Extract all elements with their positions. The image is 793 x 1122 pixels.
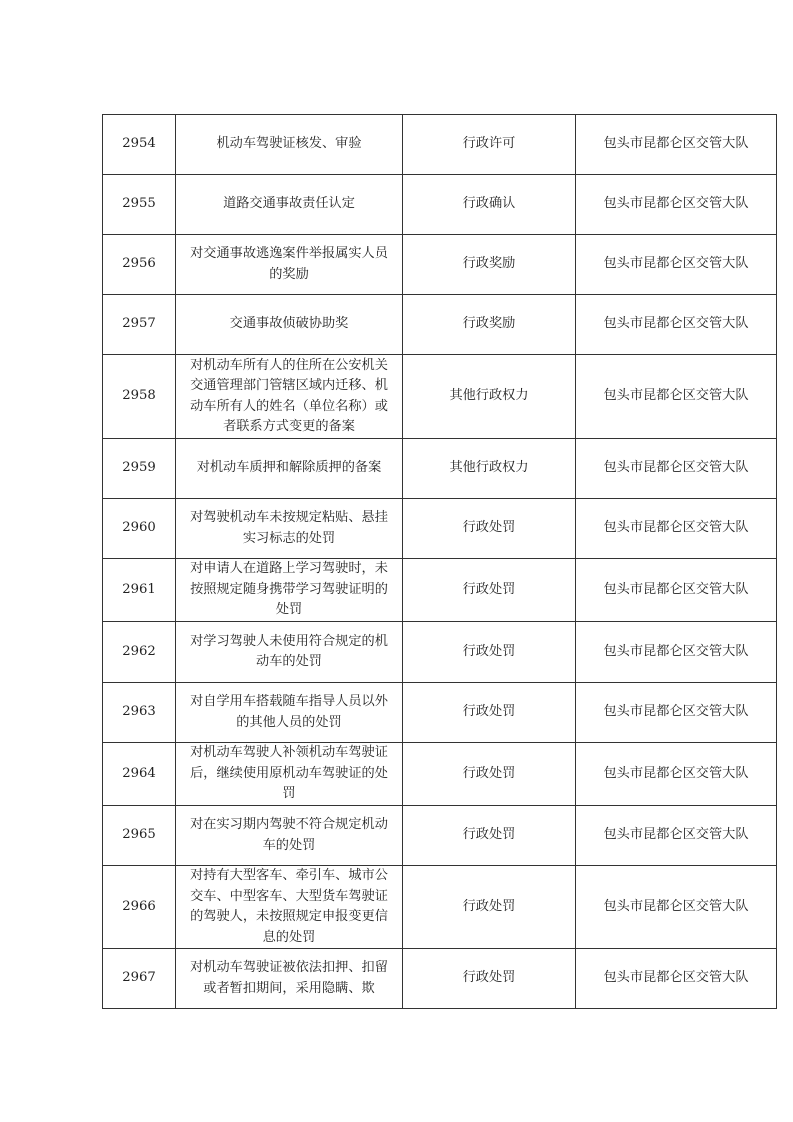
item-name-cell: 对在实习期内驾驶不符合规定机动车的处罚 (176, 806, 403, 866)
department-cell: 包头市昆都仑区交管大队 (576, 115, 777, 175)
power-type-cell: 行政处罚 (403, 559, 576, 622)
item-name-cell: 对机动车驾驶人补领机动车驾驶证后，继续使用原机动车驾驶证的处罚 (176, 743, 403, 806)
item-name-cell: 对机动车驾驶证被依法扣押、扣留或者暂扣期间，采用隐瞒、欺 (176, 949, 403, 1009)
item-number-cell: 2955 (103, 175, 176, 235)
power-type-cell: 行政处罚 (403, 743, 576, 806)
item-name-cell: 机动车驾驶证核发、审验 (176, 115, 403, 175)
item-number-cell: 2961 (103, 559, 176, 622)
item-number-cell: 2962 (103, 622, 176, 683)
item-name-cell: 对机动车所有人的住所在公安机关交通管理部门管辖区域内迁移、机动车所有人的姓名（单… (176, 355, 403, 439)
item-name-cell: 道路交通事故责任认定 (176, 175, 403, 235)
table-body: 2954机动车驾驶证核发、审验行政许可包头市昆都仑区交管大队2955道路交通事故… (103, 115, 777, 1009)
table-row: 2964对机动车驾驶人补领机动车驾驶证后，继续使用原机动车驾驶证的处罚行政处罚包… (103, 743, 777, 806)
table-row: 2961对申请人在道路上学习驾驶时，未按照规定随身携带学习驾驶证明的处罚行政处罚… (103, 559, 777, 622)
table-row: 2956对交通事故逃逸案件举报属实人员的奖励行政奖励包头市昆都仑区交管大队 (103, 235, 777, 295)
table-row: 2963对自学用车搭载随车指导人员以外的其他人员的处罚行政处罚包头市昆都仑区交管… (103, 683, 777, 743)
power-type-cell: 行政确认 (403, 175, 576, 235)
item-number-cell: 2967 (103, 949, 176, 1009)
item-number-cell: 2960 (103, 499, 176, 559)
item-number-cell: 2957 (103, 295, 176, 355)
power-type-cell: 其他行政权力 (403, 439, 576, 499)
power-type-cell: 行政奖励 (403, 295, 576, 355)
table-row: 2962对学习驾驶人未使用符合规定的机动车的处罚行政处罚包头市昆都仑区交管大队 (103, 622, 777, 683)
department-cell: 包头市昆都仑区交管大队 (576, 175, 777, 235)
department-cell: 包头市昆都仑区交管大队 (576, 683, 777, 743)
item-number-cell: 2954 (103, 115, 176, 175)
administrative-power-table: 2954机动车驾驶证核发、审验行政许可包头市昆都仑区交管大队2955道路交通事故… (102, 114, 777, 1009)
item-name-cell: 对持有大型客车、牵引车、城市公交车、中型客车、大型货车驾驶证的驾驶人，未按照规定… (176, 866, 403, 949)
item-name-cell: 交通事故侦破协助奖 (176, 295, 403, 355)
power-type-cell: 行政处罚 (403, 806, 576, 866)
table-row: 2966对持有大型客车、牵引车、城市公交车、中型客车、大型货车驾驶证的驾驶人，未… (103, 866, 777, 949)
power-type-cell: 行政处罚 (403, 683, 576, 743)
table-row: 2954机动车驾驶证核发、审验行政许可包头市昆都仑区交管大队 (103, 115, 777, 175)
item-name-cell: 对申请人在道路上学习驾驶时，未按照规定随身携带学习驾驶证明的处罚 (176, 559, 403, 622)
power-type-cell: 其他行政权力 (403, 355, 576, 439)
power-type-cell: 行政处罚 (403, 949, 576, 1009)
department-cell: 包头市昆都仑区交管大队 (576, 439, 777, 499)
power-type-cell: 行政许可 (403, 115, 576, 175)
power-type-cell: 行政奖励 (403, 235, 576, 295)
item-number-cell: 2965 (103, 806, 176, 866)
department-cell: 包头市昆都仑区交管大队 (576, 355, 777, 439)
table-row: 2957交通事故侦破协助奖行政奖励包头市昆都仑区交管大队 (103, 295, 777, 355)
department-cell: 包头市昆都仑区交管大队 (576, 949, 777, 1009)
table-row: 2958对机动车所有人的住所在公安机关交通管理部门管辖区域内迁移、机动车所有人的… (103, 355, 777, 439)
item-number-cell: 2956 (103, 235, 176, 295)
department-cell: 包头市昆都仑区交管大队 (576, 499, 777, 559)
item-number-cell: 2963 (103, 683, 176, 743)
power-type-cell: 行政处罚 (403, 866, 576, 949)
department-cell: 包头市昆都仑区交管大队 (576, 622, 777, 683)
item-name-cell: 对机动车质押和解除质押的备案 (176, 439, 403, 499)
item-name-cell: 对交通事故逃逸案件举报属实人员的奖励 (176, 235, 403, 295)
item-number-cell: 2959 (103, 439, 176, 499)
power-type-cell: 行政处罚 (403, 622, 576, 683)
table-row: 2965对在实习期内驾驶不符合规定机动车的处罚行政处罚包头市昆都仑区交管大队 (103, 806, 777, 866)
department-cell: 包头市昆都仑区交管大队 (576, 743, 777, 806)
item-number-cell: 2964 (103, 743, 176, 806)
department-cell: 包头市昆都仑区交管大队 (576, 559, 777, 622)
item-name-cell: 对学习驾驶人未使用符合规定的机动车的处罚 (176, 622, 403, 683)
power-type-cell: 行政处罚 (403, 499, 576, 559)
item-number-cell: 2966 (103, 866, 176, 949)
table-row: 2960对驾驶机动车未按规定粘贴、悬挂实习标志的处罚行政处罚包头市昆都仑区交管大… (103, 499, 777, 559)
department-cell: 包头市昆都仑区交管大队 (576, 295, 777, 355)
item-name-cell: 对自学用车搭载随车指导人员以外的其他人员的处罚 (176, 683, 403, 743)
department-cell: 包头市昆都仑区交管大队 (576, 866, 777, 949)
department-cell: 包头市昆都仑区交管大队 (576, 806, 777, 866)
table-row: 2967对机动车驾驶证被依法扣押、扣留或者暂扣期间，采用隐瞒、欺行政处罚包头市昆… (103, 949, 777, 1009)
item-number-cell: 2958 (103, 355, 176, 439)
department-cell: 包头市昆都仑区交管大队 (576, 235, 777, 295)
table-row: 2959对机动车质押和解除质押的备案其他行政权力包头市昆都仑区交管大队 (103, 439, 777, 499)
table-row: 2955道路交通事故责任认定行政确认包头市昆都仑区交管大队 (103, 175, 777, 235)
item-name-cell: 对驾驶机动车未按规定粘贴、悬挂实习标志的处罚 (176, 499, 403, 559)
